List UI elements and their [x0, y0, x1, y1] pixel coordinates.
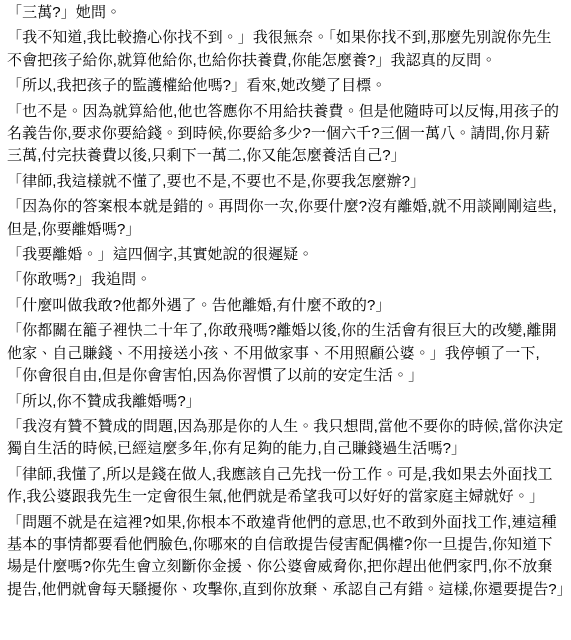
paragraph: 「問題不就是在這裡?如果,你根本不敢違背他們的意思,也不敢到外面找工作,連這種基… — [7, 512, 565, 602]
document-page: 「三萬?」她問。 「我不知道,我比較擔心你找不到。」我很無奈。「如果你找不到,那… — [0, 0, 571, 640]
paragraph: 「因為你的答案根本就是錯的。再問你一次,你要什麼?沒有離婚,就不用談剛剛這些,但… — [7, 196, 565, 241]
paragraph: 「我要離婚。」這四個字,其實她說的很遲疑。 — [7, 244, 565, 266]
paragraph: 「你敢嗎?」我追問。 — [7, 269, 565, 291]
paragraph: 「三萬?」她問。 — [7, 2, 565, 24]
paragraph: 「你都關在籠子裡快二十年了,你敢飛嗎?離婚以後,你的生活會有很巨大的改變,離開他… — [7, 320, 565, 387]
paragraph: 「什麼叫做我敢?他都外遇了。告他離婚,有什麼不敢的?」 — [7, 295, 565, 317]
paragraph: 「律師,我這樣就不懂了,要也不是,不要也不是,你要我怎麼辦?」 — [7, 171, 565, 193]
paragraph: 「律師,我懂了,所以是錢在做人,我應該自己先找一份工作。可是,我如果去外面找工作… — [7, 464, 565, 509]
paragraph: 「所以,我把孩子的監護權給他嗎?」看來,她改變了目標。 — [7, 75, 565, 97]
paragraph: 「我不知道,我比較擔心你找不到。」我很無奈。「如果你找不到,那麼先別說你先生不會… — [7, 27, 565, 72]
paragraph: 「我沒有贊不贊成的問題,因為那是你的人生。我只想問,當他不要你的時候,當你決定獨… — [7, 416, 565, 461]
paragraph: 「也不是。因為就算給他,他也答應你不用給扶養費。但是他隨時可以反悔,用孩子的名義… — [7, 101, 565, 168]
paragraph: 「所以,你不贊成我離婚嗎?」 — [7, 391, 565, 413]
